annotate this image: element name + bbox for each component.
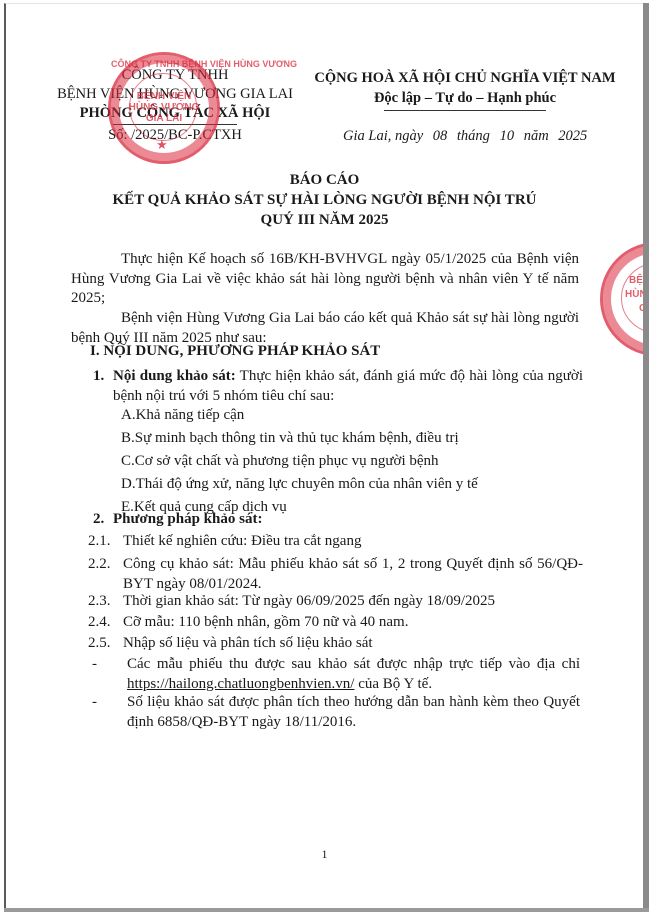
stamp-right-text-3: G xyxy=(639,303,643,314)
method-text: Thiết kế nghiên cứu: Điều tra cắt ngang xyxy=(123,532,361,552)
date-day: 08 xyxy=(433,128,448,144)
title-line-2: KẾT QUẢ KHẢO SÁT SỰ HÀI LÒNG NGƯỜI BỆNH … xyxy=(0,190,649,210)
bullet-text: Các mẫu phiếu thu được sau khảo sát được… xyxy=(127,656,580,672)
issuer-underline xyxy=(113,124,237,125)
method-2-1: 2.1.Thiết kế nghiên cứu: Điều tra cắt ng… xyxy=(88,532,583,552)
bullet-marker: - xyxy=(88,693,127,732)
criterion-b: B.Sự minh bạch thông tin và thủ tục khám… xyxy=(121,430,459,447)
page-shadow-right xyxy=(643,3,649,912)
item-label: Phương pháp khảo sát: xyxy=(113,511,262,527)
issuer-company: CÔNG TY TNHH xyxy=(55,66,295,85)
official-stamp-right-clip: BỆN HÙN G xyxy=(598,236,643,356)
survey-portal-link[interactable]: https://hailong.chatluongbenhvien.vn/ xyxy=(127,676,354,692)
document-number: Số: /2025/BC-P.CTXH xyxy=(55,126,295,145)
issuer-department: PHÒNG CÔNG TÁC XÃ HỘI xyxy=(55,104,295,123)
title-line-1: BÁO CÁO xyxy=(0,170,649,190)
method-text: Công cụ khảo sát: Mẫu phiếu khảo sát số … xyxy=(123,555,583,594)
national-header: CỘNG HOÀ XÃ HỘI CHỦ NGHĨA VIỆT NAM Độc l… xyxy=(300,68,630,111)
criterion-d: D.Thái độ ứng xử, năng lực chuyên môn củ… xyxy=(121,476,478,493)
date-month: 10 xyxy=(500,128,515,144)
motto-underline xyxy=(384,110,546,111)
stamp-right-text-1: BỆN xyxy=(629,275,643,286)
issuer-header: CÔNG TY TNHH BỆNH VIỆN HÙNG VƯƠNG GIA LA… xyxy=(55,66,295,145)
issuer-hospital: BỆNH VIỆN HÙNG VƯƠNG GIA LAI xyxy=(55,85,295,104)
date-year-label: năm xyxy=(524,128,549,144)
method-num: 2.4. xyxy=(88,613,123,633)
bullet-2: - Số liệu khảo sát được phân tích theo h… xyxy=(88,693,580,732)
criterion-a: A.Khả năng tiếp cận xyxy=(121,407,244,424)
bullet-text: của Bộ Y tế. xyxy=(354,676,432,692)
section-heading: I. NỘI DUNG, PHƯƠNG PHÁP KHẢO SÁT xyxy=(90,343,380,360)
stamp-right-text-2: HÙN xyxy=(625,289,643,300)
page-number: 1 xyxy=(0,847,649,862)
item-number: 2. xyxy=(93,510,113,530)
bullet-marker: - xyxy=(88,655,127,694)
bullet-1: - Các mẫu phiếu thu được sau khảo sát đư… xyxy=(88,655,580,694)
content-item: 1. Nội dung khảo sát: Thực hiện khảo sát… xyxy=(93,367,583,406)
method-num: 2.3. xyxy=(88,592,123,612)
document-date: Gia Lai, ngày 08 tháng 10 năm 2025 xyxy=(340,128,590,145)
page-shadow-bottom xyxy=(4,908,649,912)
date-year: 2025 xyxy=(558,128,587,144)
method-text: Nhập số liệu và phân tích số liệu khảo s… xyxy=(123,634,373,654)
method-2-4: 2.4.Cỡ mẫu: 110 bệnh nhân, gồm 70 nữ và … xyxy=(88,613,583,633)
date-month-label: tháng xyxy=(457,128,490,144)
method-2-2: 2.2.Công cụ khảo sát: Mẫu phiếu khảo sát… xyxy=(88,555,583,594)
national-motto: Độc lập – Tự do – Hạnh phúc xyxy=(300,88,630,108)
method-text: Thời gian khảo sát: Từ ngày 06/09/2025 đ… xyxy=(123,592,495,612)
method-num: 2.2. xyxy=(88,555,123,594)
date-place: Gia Lai, ngày xyxy=(343,128,423,144)
official-stamp-right: BỆN HÙN G xyxy=(600,242,643,356)
intro-paragraph-1: Thực hiện Kế hoạch số 16B/KH-BVHVGL ngày… xyxy=(71,250,579,309)
item-label: Nội dung khảo sát: xyxy=(113,368,236,384)
method-num: 2.1. xyxy=(88,532,123,552)
bullet-text: Số liệu khảo sát được phân tích theo hướ… xyxy=(127,693,580,732)
method-num: 2.5. xyxy=(88,634,123,654)
criterion-c: C.Cơ sở vật chất và phương tiện phục vụ … xyxy=(121,453,439,470)
item-number: 1. xyxy=(93,367,113,406)
country-name: CỘNG HOÀ XÃ HỘI CHỦ NGHĨA VIỆT NAM xyxy=(300,68,630,88)
method-2-5: 2.5.Nhập số liệu và phân tích số liệu kh… xyxy=(88,634,583,654)
title-line-3: QUÝ III NĂM 2025 xyxy=(0,210,649,230)
report-title: BÁO CÁO KẾT QUẢ KHẢO SÁT SỰ HÀI LÒNG NGƯ… xyxy=(0,170,649,230)
method-2-3: 2.3.Thời gian khảo sát: Từ ngày 06/09/20… xyxy=(88,592,583,612)
method-text: Cỡ mẫu: 110 bệnh nhân, gồm 70 nữ và 40 n… xyxy=(123,613,408,633)
method-heading: 2.Phương pháp khảo sát: xyxy=(93,508,262,530)
